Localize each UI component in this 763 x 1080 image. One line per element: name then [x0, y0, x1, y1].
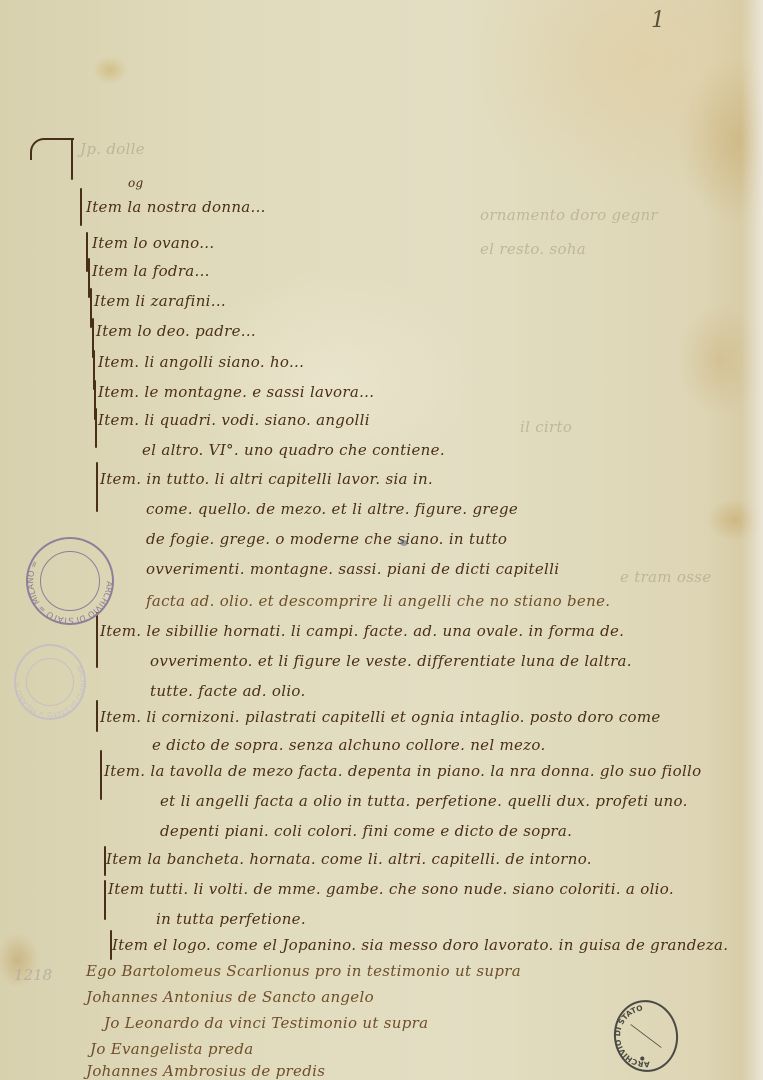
- folio-number: 1: [651, 8, 665, 33]
- contract-item: et li angelli facta a olio in tutta. per…: [160, 792, 688, 810]
- contract-item: in tutta perfetione.: [156, 910, 306, 928]
- contract-item: Item la nostra donna...: [86, 198, 266, 216]
- heading-flourish: [30, 138, 74, 160]
- contract-item: Item la fodra...: [92, 262, 210, 280]
- contract-item: Item. li quadri. vodi. siano. angolli: [98, 411, 370, 429]
- contract-item: de fogie. grege. o moderne che siano. in…: [146, 530, 507, 548]
- contract-item: Item tutti. li volti. de mme. gambe. che…: [108, 880, 674, 898]
- faint-text: ornamento doro gegnr: [480, 206, 658, 224]
- heading-mark: Jp. dolle: [80, 140, 145, 158]
- contract-item: Item. li cornizoni. pilastrati capitelli…: [100, 708, 661, 726]
- archive-stamp: ARCHIVIO DI STATO = MILANO =: [14, 644, 86, 720]
- manuscript-page: 1 Jp. dolle og Item la nostra donna... I…: [0, 0, 763, 1080]
- contract-item: Item la bancheta. hornata. come li. altr…: [106, 850, 592, 868]
- contract-item: Item li zarafini...: [94, 292, 226, 310]
- svg-text:ARCHIVIO DI STATO = MILANO =: ARCHIVIO DI STATO = MILANO =: [12, 648, 88, 722]
- signature-line: Ego Bartolomeus Scarlionus pro in testim…: [86, 962, 521, 980]
- svg-text:ARCHIVIO DI STATO: ARCHIVIO DI STATO: [609, 1003, 652, 1073]
- contract-item: tutte. facte ad. olio.: [150, 682, 306, 700]
- contract-item: Item el logo. come el Jopanino. sia mess…: [112, 936, 728, 954]
- contract-item: el altro. VI°. uno quadro che contiene.: [142, 441, 445, 459]
- signature-line: Johannes Ambrosius de predis: [86, 1062, 325, 1080]
- item-bracket: [96, 462, 98, 512]
- stamp-ring-text-icon: ARCHIVIO DI STATO = MILANO =: [24, 535, 116, 627]
- archive-stamp: ARCHIVIO DI STATO = MILANO =: [26, 537, 114, 625]
- contract-item: Item. in tutto. li altri capitelli lavor…: [100, 470, 433, 488]
- contract-item: Item. le sibillie hornati. li campi. fac…: [100, 622, 624, 640]
- stamp-ring-text-icon: ARCHIVIO DI STATO = MILANO =: [12, 642, 88, 722]
- contract-item: ovverimento. et li figure le veste. diff…: [150, 652, 632, 670]
- item-bracket: [104, 880, 106, 920]
- item-bracket: [96, 700, 98, 732]
- contract-item: Item. le montagne. e sassi lavora...: [98, 383, 374, 401]
- contract-item: Item. li angolli siano. ho...: [98, 353, 304, 371]
- contract-item: Item lo deo. padre...: [96, 322, 256, 340]
- svg-text:ARCHIVIO DI STATO = MILANO =: ARCHIVIO DI STATO = MILANO =: [25, 559, 115, 626]
- faint-text: el resto. soha: [480, 240, 586, 258]
- contract-item: come. quello. de mezo. et li altre. figu…: [146, 500, 518, 518]
- margin-annotation: 1218: [14, 966, 52, 984]
- contract-item: depenti piani. coli colori. fini come e …: [160, 822, 572, 840]
- contract-item: Item lo ovano...: [92, 234, 214, 252]
- archive-stamp: ARCHIVIO DI STATO: [609, 996, 682, 1076]
- signature-line: Jo Leonardo da vinci Testimonio ut supra: [104, 1014, 428, 1032]
- contract-item: Item. la tavolla de mezo facta. depenta …: [104, 762, 701, 780]
- signature-line: Jo Evangelista preda: [90, 1040, 254, 1058]
- contract-item: ovverimenti. montagne. sassi. piani de d…: [146, 560, 559, 578]
- contract-item: facta ad. olio. et descomprire li angell…: [146, 592, 610, 610]
- faint-text: il cirto: [520, 418, 572, 436]
- superscript-note: og: [128, 176, 144, 190]
- item-bracket: [100, 750, 102, 800]
- faint-text: e tram osse: [620, 568, 711, 586]
- signature-line: Johannes Antonius de Sancto angelo: [86, 988, 374, 1006]
- ink-blot: [400, 540, 408, 546]
- item-bracket: [95, 408, 97, 448]
- item-bracket: [80, 188, 82, 226]
- heading-bracket: [71, 138, 73, 180]
- contract-item: e dicto de sopra. senza alchuno collore.…: [152, 736, 546, 754]
- stamp-ring-text-icon: ARCHIVIO DI STATO: [607, 994, 685, 1079]
